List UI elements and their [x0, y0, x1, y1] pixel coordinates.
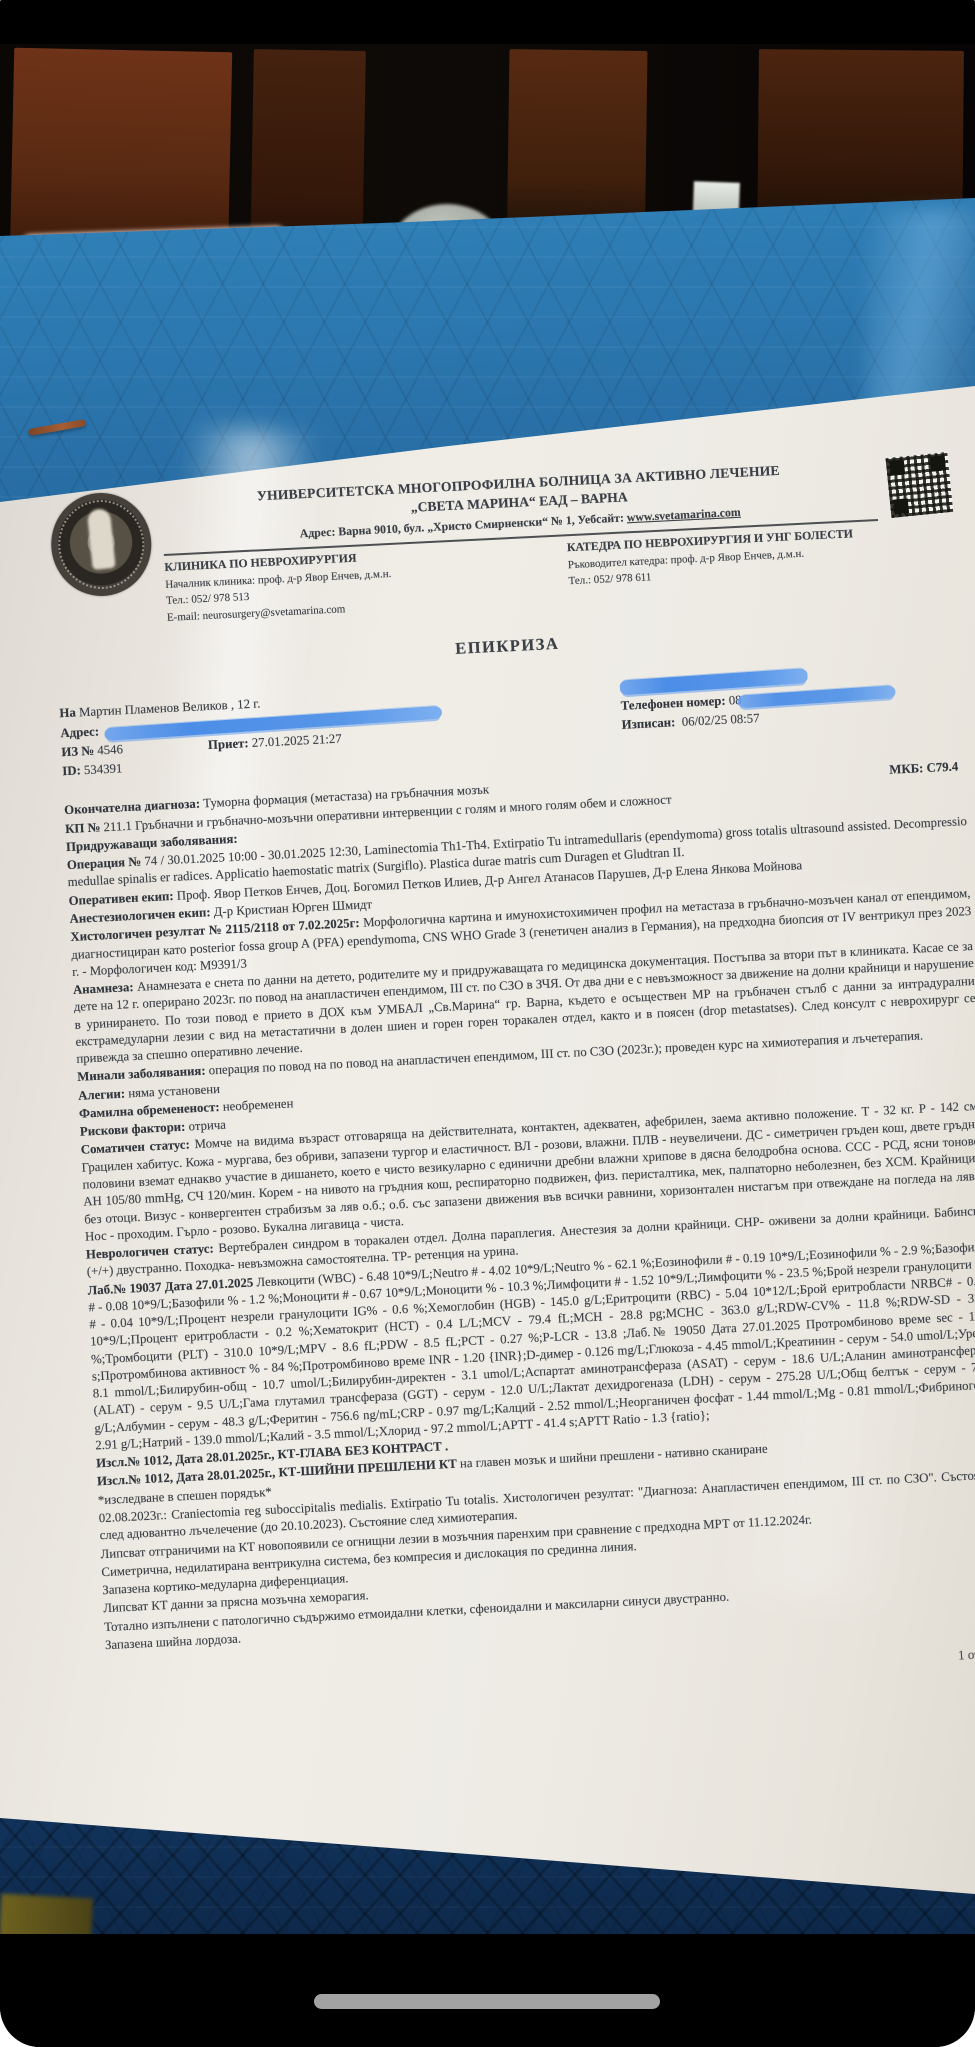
patient-info-right: Телефонен номер: 08 Изписан: 06/02/25 08…: [619, 662, 962, 756]
hospital-header-text: УНИВЕРСИТЕТСКА МНОГОПРОФИЛНА БОЛНИЦА ЗА …: [161, 455, 882, 626]
home-indicator[interactable]: [314, 1994, 660, 2009]
mkb-code: МКБ: C79.4: [889, 759, 959, 780]
epicrisis-document: УНИВЕРСИТЕТСКА МНОГОПРОФИЛНА БОЛНИЦА ЗА …: [1, 362, 975, 1708]
clinic-block: КЛИНИКА ПО НЕВРОХИРУРГИЯ Началник клиник…: [164, 541, 550, 626]
department-block: КАТЕДРА ПО НЕВРОХИРУРГИЯ И УНГ БОЛЕСТИ Р…: [567, 525, 882, 607]
hospital-seal-icon: [46, 488, 156, 601]
document-paragraphs: Окончателна диагноза: Туморна формация (…: [64, 759, 975, 1655]
phone-screenshot: УНИВЕРСИТЕТСКА МНОГОПРОФИЛНА БОЛНИЦА ЗА …: [0, 0, 975, 2047]
photo-of-document: УНИВЕРСИТЕТСКА МНОГОПРОФИЛНА БОЛНИЦА ЗА …: [0, 0, 975, 2047]
patient-info-left: На Мартин Пламенов Великов , 12 г. Адрес…: [59, 678, 623, 782]
hospital-website-link: www.svetamarina.com: [626, 504, 741, 524]
qr-code-icon: [885, 452, 953, 518]
status-bar-area: [0, 0, 975, 44]
bottom-bar: [0, 1934, 975, 2047]
document-header: УНИВЕРСИТЕТСКА МНОГОПРОФИЛНА БОЛНИЦА ЗА …: [49, 452, 956, 632]
